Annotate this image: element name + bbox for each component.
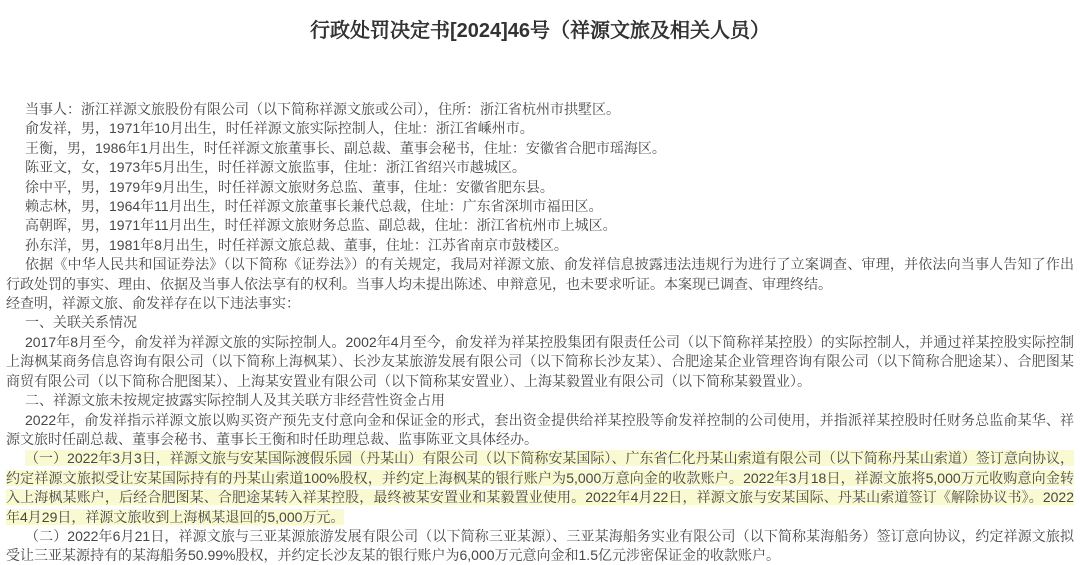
paragraph: 2022年，俞发祥指示祥源文旅以购买资产预先支付意向金和保证金的形式，套出资金提… (6, 411, 1074, 450)
paragraph: 高朝晖，男，1971年11月出生，时任祥源文旅财务总监、副总裁，住址：浙江省杭州… (6, 216, 1074, 235)
paragraph: 2017年8月至今，俞发祥为祥源文旅的实际控制人。2002年4月至今，俞发祥为祥… (6, 333, 1074, 391)
paragraph: 赖志林，男，1964年11月出生，时任祥源文旅董事长兼代总裁，住址：广东省深圳市… (6, 197, 1074, 216)
highlighted-text: （一）2022年3月3日，祥源文旅与安某国际渡假乐园（丹某山）有限公司（以下简称… (6, 450, 1074, 524)
paragraph: 王衡，男，1986年1月出生，时任祥源文旅董事长、副总裁、董事会秘书，住址：安徽… (6, 139, 1074, 158)
document-title: 行政处罚决定书[2024]46号（祥源文旅及相关人员） (0, 0, 1080, 44)
paragraph: 一、关联关系情况 (6, 313, 1074, 332)
paragraph: 当事人：浙江祥源文旅股份有限公司（以下简称祥源文旅或公司），住所：浙江省杭州市拱… (6, 100, 1074, 119)
document-body: 当事人：浙江祥源文旅股份有限公司（以下简称祥源文旅或公司），住所：浙江省杭州市拱… (0, 100, 1080, 565)
paragraph: 俞发祥，男，1971年10月出生，时任祥源文旅实际控制人，住址：浙江省嵊州市。 (6, 119, 1074, 138)
paragraph: 经查明，祥源文旅、俞发祥存在以下违法事实： (6, 294, 1074, 313)
paragraph: 二、祥源文旅未按规定披露实际控制人及其关联方非经营性资金占用 (6, 391, 1074, 410)
paragraph: 陈亚文，女，1973年5月出生，时任祥源文旅监事，住址：浙江省绍兴市越城区。 (6, 158, 1074, 177)
paragraph: 徐中平，男，1979年9月出生，时任祥源文旅财务总监、董事，住址：安徽省肥东县。 (6, 178, 1074, 197)
paragraph: （二）2022年6月21日，祥源文旅与三亚某源旅游发展有限公司（以下简称三亚某源… (6, 527, 1074, 565)
penalty-decision-document: 行政处罚决定书[2024]46号（祥源文旅及相关人员） 当事人：浙江祥源文旅股份… (0, 0, 1080, 565)
paragraph: 依据《中华人民共和国证券法》（以下简称《证券法》）的有关规定，我局对祥源文旅、俞… (6, 255, 1074, 294)
paragraph: （一）2022年3月3日，祥源文旅与安某国际渡假乐园（丹某山）有限公司（以下简称… (6, 449, 1074, 527)
paragraph: 孙东洋，男，1981年8月出生，时任祥源文旅总裁、董事，住址：江苏省南京市鼓楼区… (6, 236, 1074, 255)
